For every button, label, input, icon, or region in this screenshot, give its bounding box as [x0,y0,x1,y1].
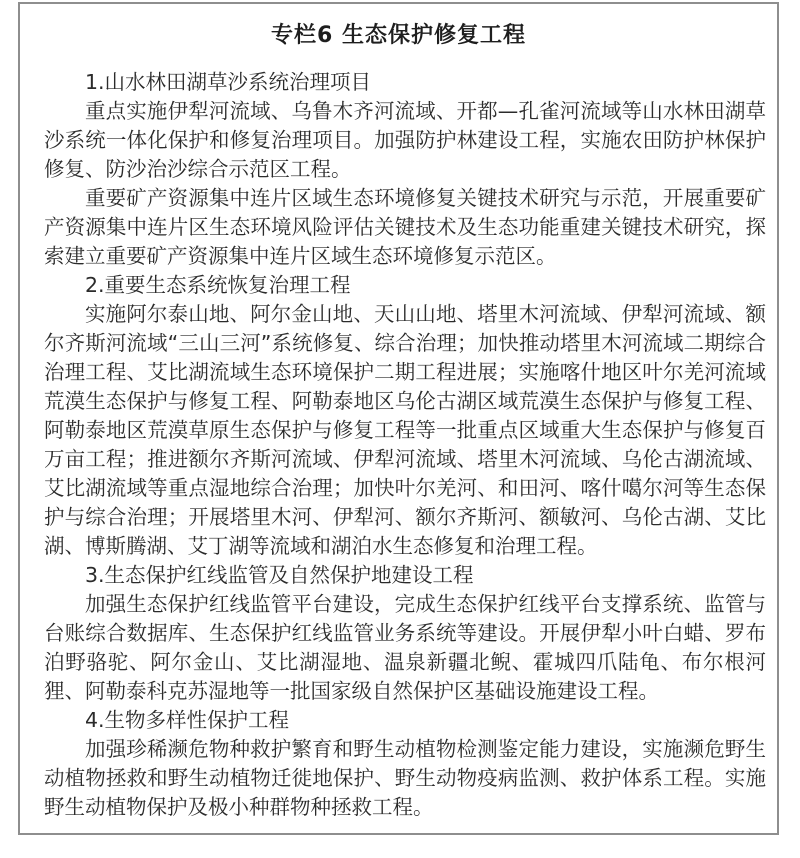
section-3-paragraph-1: 加强生态保护红线监管平台建设，完成生态保护红线平台支撑系统、监管与台账综合数据库… [44,590,766,706]
section-3-heading: 3.生态保护红线监管及自然保护地建设工程 [44,561,766,590]
column-box: 专栏6 生态保护修复工程 1.山水林田湖草沙系统治理项目 重点实施伊犁河流域、乌… [18,2,779,835]
column-content: 1.山水林田湖草沙系统治理项目 重点实施伊犁河流域、乌鲁木齐河流域、开都—孔雀河… [44,68,766,822]
section-2-paragraph-1: 实施阿尔泰山地、阿尔金山地、天山山地、塔里木河流域、伊犁河流域、额尔齐斯河流域“… [44,300,766,561]
section-2-heading: 2.重要生态系统恢复治理工程 [44,271,766,300]
section-1-heading: 1.山水林田湖草沙系统治理项目 [44,68,766,97]
section-4-heading: 4.生物多样性保护工程 [44,706,766,735]
section-1-paragraph-2: 重要矿产资源集中连片区域生态环境修复关键技术研究与示范，开展重要矿产资源集中连片… [44,184,766,271]
section-1-paragraph-1: 重点实施伊犁河流域、乌鲁木齐河流域、开都—孔雀河流域等山水林田湖草沙系统一体化保… [44,97,766,184]
section-4-paragraph-1: 加强珍稀濒危物种救护繁育和野生动植物检测鉴定能力建设，实施濒危野生动植物拯救和野… [44,735,766,822]
column-title: 专栏6 生态保护修复工程 [20,18,777,49]
